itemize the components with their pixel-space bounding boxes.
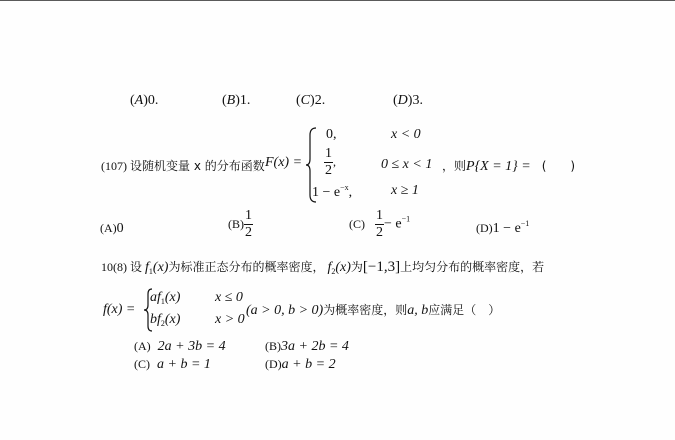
option-label: A	[135, 93, 144, 108]
option-value: a + b = 2	[282, 357, 336, 372]
option-label: (A)	[100, 221, 117, 235]
option-a: (A)0.	[130, 93, 158, 109]
option-label: (B)	[265, 339, 281, 353]
option-a: (A)0	[100, 221, 124, 237]
fraction: 12	[244, 209, 253, 240]
question-text: 为标准正态分布的概率密度，	[168, 260, 324, 274]
option-value: a + b = 1	[157, 357, 211, 372]
argument: (x)	[165, 312, 181, 327]
option-label: (B)	[228, 217, 244, 231]
denominator: 2	[325, 163, 332, 178]
question-query: (a > 0, b > 0)为概率密度，则a, b应满足（ ）	[246, 301, 500, 319]
option-label: (C)	[134, 357, 150, 371]
case-3-value: 1 − e−x,	[312, 183, 352, 201]
question-text: 设随机变量 x 的分布函数	[130, 159, 265, 173]
coefficient: bf	[150, 312, 161, 327]
numerator: 1	[324, 147, 333, 163]
numerator: 1	[244, 209, 253, 225]
case-3-condition: x ≥ 1	[391, 183, 419, 199]
comma: ,	[349, 185, 353, 200]
case-1-condition: x ≤ 0	[215, 290, 243, 306]
question-text: 为概率密度，则	[323, 303, 407, 317]
option-label: (D)	[476, 221, 493, 235]
option-value: 0.	[148, 93, 159, 108]
case-2-condition: 0 ≤ x < 1	[381, 157, 432, 173]
option-d: (D)3.	[393, 93, 423, 109]
question-stem: (107) 设随机变量 x 的分布函数	[101, 157, 265, 174]
top-border	[0, 0, 675, 1]
case-1-value: af1(x)	[150, 290, 180, 306]
coefficient: af	[150, 290, 161, 305]
f1-expression: f1(x)	[145, 260, 168, 275]
option-value: 1.	[240, 93, 251, 108]
option-label: (C)	[349, 217, 365, 231]
parameter-condition: (a > 0, b > 0)	[246, 303, 323, 318]
option-value: 3.	[412, 93, 423, 108]
question-text: 为	[351, 260, 363, 274]
option-b: (B)12	[228, 209, 253, 240]
option-value: 0	[117, 221, 124, 236]
denominator: 2	[376, 225, 383, 240]
interval: [−1,3]	[363, 259, 400, 275]
question-number: (107)	[101, 159, 127, 173]
case-2-value: bf2(x)	[150, 312, 180, 328]
option-value: 2.	[315, 93, 326, 108]
expression: 1 − e	[312, 185, 340, 200]
option-label: D	[398, 93, 408, 108]
option-label: C	[301, 93, 310, 108]
fraction: 12	[324, 147, 333, 178]
option-value: 1 − e	[493, 221, 521, 236]
exponent: −1	[402, 214, 411, 223]
question-text: 设	[130, 260, 142, 274]
question-query: ，则P{X = 1} = ( )	[442, 157, 575, 175]
question-text: 应满足（ ）	[428, 303, 500, 317]
comma: ,	[333, 154, 336, 168]
case-2-condition: x > 0	[215, 312, 245, 328]
option-value: 3a + 2b = 4	[281, 339, 349, 354]
option-d: (D)a + b = 2	[265, 357, 336, 373]
option-c: (C)12− e−1	[349, 209, 410, 240]
numerator: 1	[375, 209, 384, 225]
variables: a, b	[407, 303, 428, 318]
case-1-condition: x < 0	[391, 127, 421, 143]
exponent: −1	[521, 219, 530, 228]
argument: (x)	[153, 260, 169, 275]
expression: − e	[384, 217, 402, 232]
function-name: F(x) =	[265, 155, 302, 171]
f2-expression: f2(x)	[327, 260, 350, 275]
option-c: (C) a + b = 1	[134, 357, 211, 373]
option-a: (A) 2a + 3b = 4	[134, 339, 226, 355]
question-number: 10(8)	[101, 260, 127, 274]
option-b: (B)1.	[222, 93, 250, 109]
question-stem: 10(8) 设 f1(x)为标准正态分布的概率密度， f2(x)为[−1,3]上…	[101, 258, 544, 276]
option-b: (B)3a + 2b = 4	[265, 339, 349, 355]
option-value: 2a + 3b = 4	[158, 339, 226, 354]
case-1-value: 0,	[326, 127, 337, 143]
probability-expression: P{X = 1} =	[466, 159, 531, 174]
function-name: f(x) =	[103, 302, 135, 318]
argument: (x)	[335, 260, 351, 275]
option-label: (A)	[134, 339, 151, 353]
denominator: 2	[245, 225, 252, 240]
option-d: (D)1 − e−1	[476, 219, 529, 237]
option-label: B	[227, 93, 236, 108]
option-label: (D)	[265, 357, 282, 371]
question-text: 上均匀分布的概率密度，若	[400, 260, 544, 274]
case-2-value: 12,	[324, 147, 336, 178]
exponent: −x	[340, 183, 349, 192]
fraction: 12	[375, 209, 384, 240]
option-c: (C)2.	[296, 93, 325, 109]
argument: (x)	[165, 290, 181, 305]
then-text: ，则	[442, 159, 466, 173]
answer-blank: ( )	[542, 159, 575, 173]
